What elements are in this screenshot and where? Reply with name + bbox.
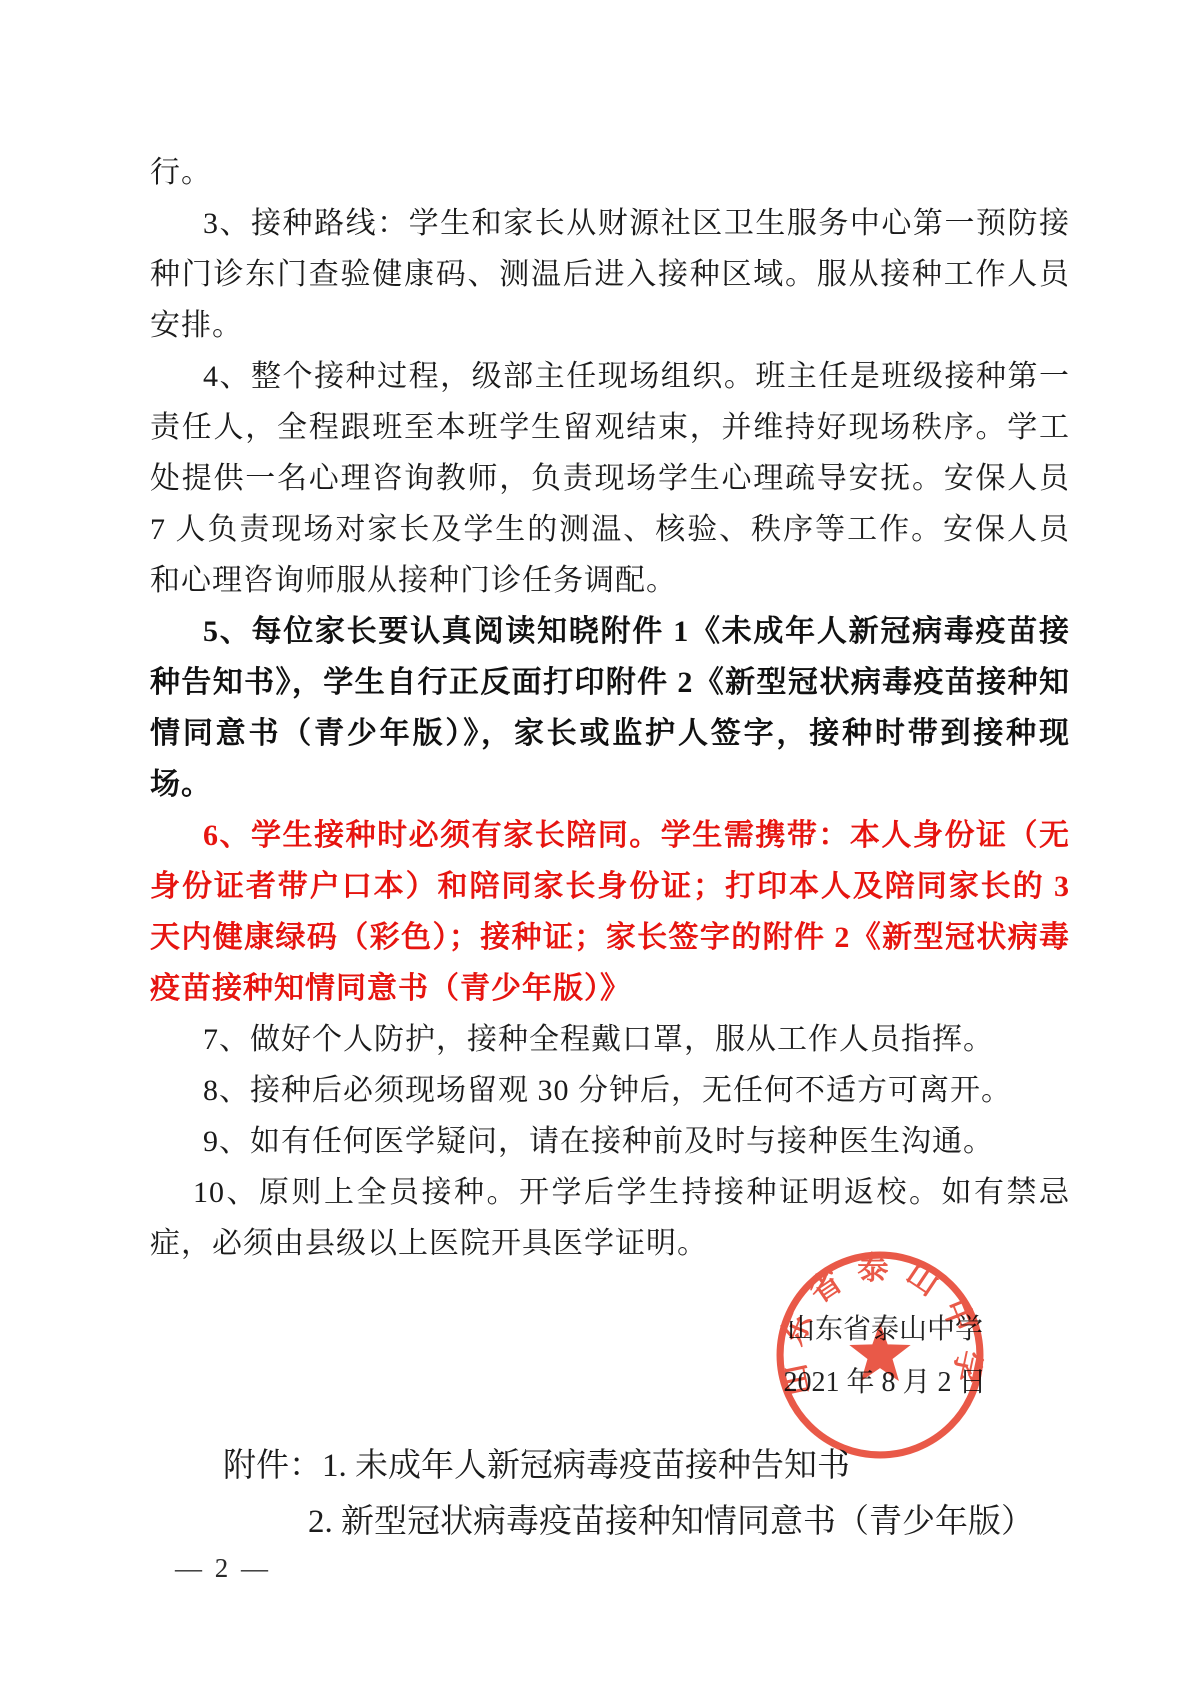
paragraph-item-8: 8、接种后必须现场留观 30 分钟后，无任何不适方可离开。 [150,1065,1070,1116]
paragraph-item-5: 5、每位家长要认真阅读知晓附件 1《未成年人新冠病毒疫苗接种告知书》，学生自行正… [150,606,1070,810]
attachments-label: 附件： [223,1448,322,1484]
attachment-line-1: 附件：1. 未成年人新冠病毒疫苗接种告知书 [223,1438,1103,1494]
attachments-block: 附件：1. 未成年人新冠病毒疫苗接种告知书 2. 新型冠状病毒疫苗接种知情同意书… [223,1438,1103,1550]
paragraph-item-10: 10、原则上全员接种。开学后学生持接种证明返校。如有禁忌症，必须由县级以上医院开… [150,1167,1070,1269]
signature-block: 山东省泰山中学 2021 年 8 月 2 日 [705,1303,1065,1409]
page-number: — 2 — [175,1553,271,1584]
paragraph-continuation: 行。 [150,147,1070,198]
paragraph-item-4: 4、整个接种过程，级部主任现场组织。班主任是班级接种第一责任人，全程跟班至本班学… [150,351,1070,606]
signature-org: 山东省泰山中学 [705,1303,1065,1356]
document-page: 行。 3、接种路线：学生和家长从财源社区卫生服务中心第一预防接种门诊东门查验健康… [0,0,1200,1696]
paragraph-item-6: 6、学生接种时必须有家长陪同。学生需携带：本人身份证（无身份证者带户口本）和陪同… [150,810,1070,1014]
attachment-line-2: 2. 新型冠状病毒疫苗接种知情同意书（青少年版） [223,1494,1103,1550]
paragraph-item-7: 7、做好个人防护，接种全程戴口罩，服从工作人员指挥。 [150,1014,1070,1065]
signature-date: 2021 年 8 月 2 日 [705,1356,1065,1409]
attachment-item-1: 1. 未成年人新冠病毒疫苗接种告知书 [322,1448,850,1484]
document-body: 行。 3、接种路线：学生和家长从财源社区卫生服务中心第一预防接种门诊东门查验健康… [150,147,1070,1269]
attachment-item-2: 2. 新型冠状病毒疫苗接种知情同意书（青少年版） [308,1504,1034,1540]
paragraph-item-9: 9、如有任何医学疑问，请在接种前及时与接种医生沟通。 [150,1116,1070,1167]
paragraph-item-3: 3、接种路线：学生和家长从财源社区卫生服务中心第一预防接种门诊东门查验健康码、测… [150,198,1070,351]
